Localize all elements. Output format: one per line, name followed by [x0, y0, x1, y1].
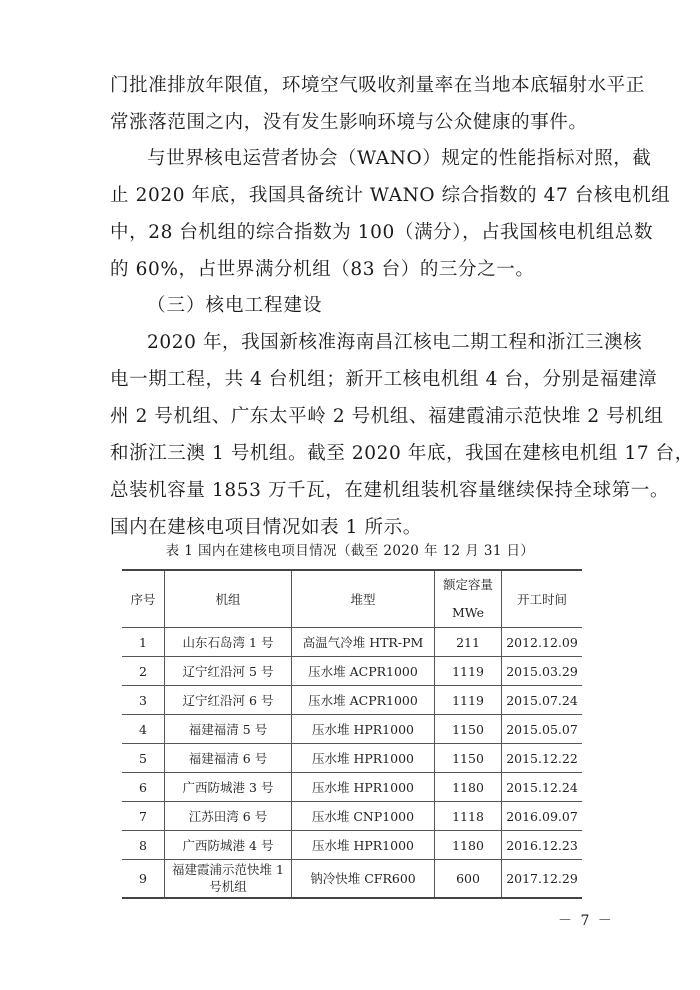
cell-capacity: 1150	[435, 715, 502, 744]
text-line: 门批准排放年限值，环境空气吸收剂量率在当地本底辐射水平正	[110, 67, 590, 104]
header-reactor-type: 堆型	[292, 570, 435, 628]
header-capacity: 额定容量 MWe	[435, 570, 502, 628]
header-capacity-label: 额定容量	[435, 571, 501, 599]
cell-reactor-type: 压水堆 HPR1000	[292, 773, 435, 802]
cell-reactor-type: 压水堆 HPR1000	[292, 831, 435, 860]
cell-reactor-type: 压水堆 CNP1000	[292, 802, 435, 831]
cell-index: 7	[122, 802, 165, 831]
table-caption: 表 1 国内在建核电项目情况（截至 2020 年 12 月 31 日）	[110, 541, 590, 561]
cell-reactor-type: 压水堆 ACPR1000	[292, 686, 435, 715]
table-row: 8 广西防城港 4 号 压水堆 HPR1000 1180 2016.12.23	[122, 831, 582, 860]
cell-unit: 福建霞浦示范快堆 1 号机组	[165, 860, 292, 898]
cell-start-date: 2012.12.09	[502, 628, 583, 657]
cell-unit: 广西防城港 3 号	[165, 773, 292, 802]
cell-start-date: 2017.12.29	[502, 860, 583, 898]
paragraph-environment: 门批准排放年限值，环境空气吸收剂量率在当地本底辐射水平正 常涨落范围之内，没有发…	[110, 67, 590, 141]
cell-capacity: 1150	[435, 744, 502, 773]
cell-capacity: 1180	[435, 831, 502, 860]
cell-start-date: 2015.07.24	[502, 686, 583, 715]
text-line: 电一期工程，共 4 台机组；新开工核电机组 4 台，分别是福建漳	[110, 361, 590, 398]
cell-start-date: 2016.09.07	[502, 802, 583, 831]
section-heading: （三）核电工程建设	[147, 287, 323, 324]
cell-index: 4	[122, 715, 165, 744]
cell-start-date: 2016.12.23	[502, 831, 583, 860]
cell-unit: 辽宁红沿河 5 号	[165, 657, 292, 686]
cell-unit: 山东石岛湾 1 号	[165, 628, 292, 657]
cell-start-date: 2015.12.24	[502, 773, 583, 802]
cell-capacity: 211	[435, 628, 502, 657]
cell-unit-line: 福建霞浦示范快堆 1	[165, 861, 291, 878]
text-line: 与世界核电运营者协会（WANO）规定的性能指标对照，截	[110, 140, 590, 177]
table-header-row: 序号 机组 堆型 额定容量 MWe 开工时间	[122, 570, 582, 628]
page-number: － 7 －	[558, 910, 614, 930]
cell-reactor-type: 高温气冷堆 HTR-PM	[292, 628, 435, 657]
text-line: 常涨落范围之内，没有发生影响环境与公众健康的事件。	[110, 104, 590, 141]
table-row: 4 福建福清 5 号 压水堆 HPR1000 1150 2015.05.07	[122, 715, 582, 744]
cell-capacity: 1180	[435, 773, 502, 802]
cell-index: 6	[122, 773, 165, 802]
cell-start-date: 2015.12.22	[502, 744, 583, 773]
cell-index: 5	[122, 744, 165, 773]
paragraph-construction: 2020 年，我国新核准海南昌江核电二期工程和浙江三澳核 电一期工程，共 4 台…	[110, 324, 590, 546]
cell-index: 1	[122, 628, 165, 657]
text-line: 州 2 号机组、广东太平岭 2 号机组、福建霞浦示范快堆 2 号机组	[110, 398, 590, 435]
header-capacity-unit: MWe	[435, 599, 501, 627]
text-line: 2020 年，我国新核准海南昌江核电二期工程和浙江三澳核	[110, 324, 590, 361]
cell-start-date: 2015.03.29	[502, 657, 583, 686]
cell-index: 9	[122, 860, 165, 898]
cell-reactor-type: 钠冷快堆 CFR600	[292, 860, 435, 898]
table-row: 3 辽宁红沿河 6 号 压水堆 ACPR1000 1119 2015.07.24	[122, 686, 582, 715]
cell-unit: 江苏田湾 6 号	[165, 802, 292, 831]
cell-reactor-type: 压水堆 ACPR1000	[292, 657, 435, 686]
cell-index: 3	[122, 686, 165, 715]
text-line: 和浙江三澳 1 号机组。截至 2020 年底，我国在建核电机组 17 台，	[110, 435, 590, 472]
cell-capacity: 1119	[435, 686, 502, 715]
header-start-date: 开工时间	[502, 570, 583, 628]
cell-capacity: 1118	[435, 802, 502, 831]
header-index: 序号	[122, 570, 165, 628]
cell-unit: 福建福清 5 号	[165, 715, 292, 744]
cell-unit: 广西防城港 4 号	[165, 831, 292, 860]
table-row: 5 福建福清 6 号 压水堆 HPR1000 1150 2015.12.22	[122, 744, 582, 773]
cell-index: 2	[122, 657, 165, 686]
cell-index: 8	[122, 831, 165, 860]
cell-unit: 福建福清 6 号	[165, 744, 292, 773]
table-row: 2 辽宁红沿河 5 号 压水堆 ACPR1000 1119 2015.03.29	[122, 657, 582, 686]
table-row: 7 江苏田湾 6 号 压水堆 CNP1000 1118 2016.09.07	[122, 802, 582, 831]
cell-reactor-type: 压水堆 HPR1000	[292, 744, 435, 773]
paragraph-wano: 与世界核电运营者协会（WANO）规定的性能指标对照，截 止 2020 年底，我国…	[110, 140, 590, 288]
cell-reactor-type: 压水堆 HPR1000	[292, 715, 435, 744]
header-unit: 机组	[165, 570, 292, 628]
table-row: 1 山东石岛湾 1 号 高温气冷堆 HTR-PM 211 2012.12.09	[122, 628, 582, 657]
text-line: 止 2020 年底，我国具备统计 WANO 综合指数的 47 台核电机组	[110, 177, 590, 214]
text-line: 总装机容量 1853 万千瓦，在建机组装机容量继续保持全球第一。	[110, 472, 590, 509]
cell-unit: 辽宁红沿河 6 号	[165, 686, 292, 715]
cell-unit-line: 号机组	[165, 878, 291, 895]
cell-start-date: 2015.05.07	[502, 715, 583, 744]
cell-capacity: 600	[435, 860, 502, 898]
cell-capacity: 1119	[435, 657, 502, 686]
table-row: 6 广西防城港 3 号 压水堆 HPR1000 1180 2015.12.24	[122, 773, 582, 802]
table-row: 9 福建霞浦示范快堆 1 号机组 钠冷快堆 CFR600 600 2017.12…	[122, 860, 582, 898]
nuclear-projects-table: 序号 机组 堆型 额定容量 MWe 开工时间 1 山东石岛湾 1 号 高温气冷堆…	[122, 569, 582, 899]
text-line: 的 60%，占世界满分机组（83 台）的三分之一。	[110, 251, 590, 288]
text-line: 中，28 台机组的综合指数为 100（满分），占我国核电机组总数	[110, 214, 590, 251]
